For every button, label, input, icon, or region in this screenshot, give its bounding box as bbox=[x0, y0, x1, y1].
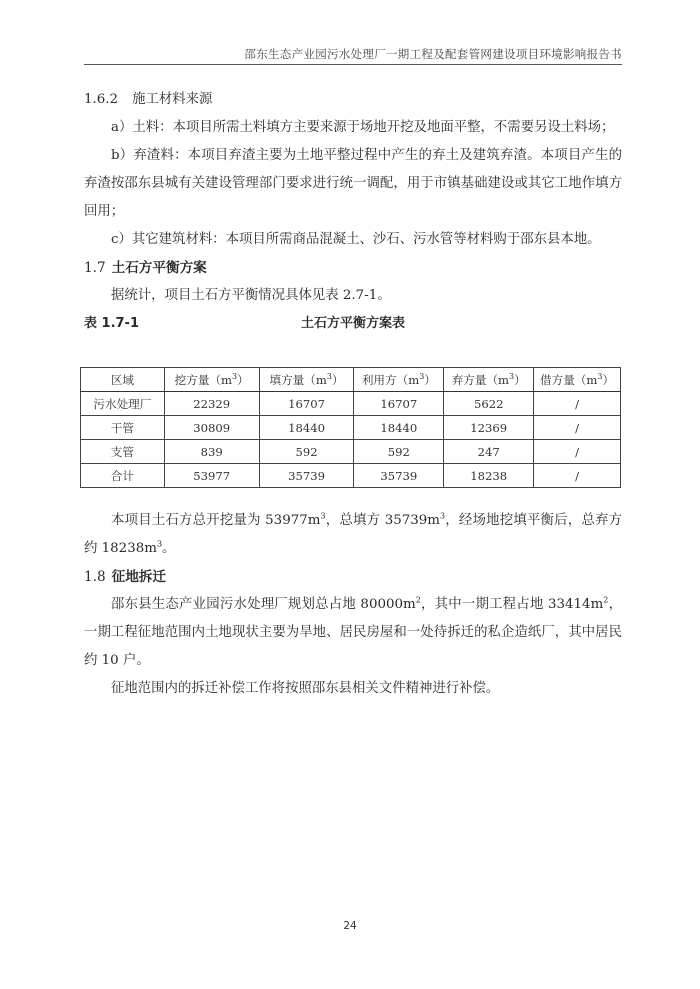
paragraph-compensation: 征地范围内的拆迁补偿工作将按照邵东县相关文件精神进行补偿。 bbox=[84, 675, 622, 703]
table-cell: 污水处理厂 bbox=[81, 392, 165, 416]
table-row: 支管 839 592 592 247 / bbox=[81, 440, 621, 464]
table-cell: 16707 bbox=[354, 392, 444, 416]
section-number: 1.6.2 bbox=[84, 92, 118, 107]
table-title: 土石方平衡方案表 bbox=[84, 310, 622, 338]
land-text: 邵东县生态产业园污水处理厂规划总占地 80000m bbox=[111, 597, 416, 612]
column-header: 利用方（m3） bbox=[354, 368, 444, 392]
paragraph-other-materials: c）其它建筑材料：本项目所需商品混凝土、沙石、污水管等材料购于邵东县本地。 bbox=[84, 226, 622, 254]
table-cell: 16707 bbox=[259, 392, 354, 416]
lower-content: 本项目土石方总开挖量为 53977m3，总填方 35739m3，经场地挖填平衡后… bbox=[84, 507, 622, 703]
column-header: 弃方量（m3） bbox=[444, 368, 534, 392]
paragraph-waste-material: b）弃渣料：本项目弃渣主要为土地平整过程中产生的弃土及建筑弃渣。本项目产生的弃渣… bbox=[84, 142, 622, 226]
summary-text: ，总填方 35739m bbox=[326, 513, 440, 528]
paragraph-earthwork-summary: 本项目土石方总开挖量为 53977m3，总填方 35739m3，经场地挖填平衡后… bbox=[84, 507, 622, 563]
table-cell: 支管 bbox=[81, 440, 165, 464]
table-cell: / bbox=[534, 416, 621, 440]
section-heading-1-6-2: 1.6.2施工材料来源 bbox=[84, 86, 622, 114]
running-header-title: 邵东生态产业园污水处理厂一期工程及配套管网建设项目环境影响报告书 bbox=[244, 47, 622, 61]
table-cell: 18440 bbox=[354, 416, 444, 440]
table-cell: 592 bbox=[259, 440, 354, 464]
section-heading-1-8: 1.8征地拆迁 bbox=[84, 563, 622, 591]
table-cell: 592 bbox=[354, 440, 444, 464]
paragraph-land-acquisition: 邵东县生态产业园污水处理厂规划总占地 80000m2，其中一期工程占地 3341… bbox=[84, 591, 622, 675]
table-cell: 18238 bbox=[444, 464, 534, 488]
table-cell: / bbox=[534, 464, 621, 488]
column-header: 挖方量（m3） bbox=[164, 368, 259, 392]
column-header: 区域 bbox=[81, 368, 165, 392]
upper-content: 1.6.2施工材料来源 a）土料：本项目所需土料填方主要来源于场地开挖及地面平整… bbox=[84, 86, 622, 338]
table-cell: 5622 bbox=[444, 392, 534, 416]
table-cell: 18440 bbox=[259, 416, 354, 440]
table-cell: 35739 bbox=[354, 464, 444, 488]
section-number: 1.8 bbox=[84, 569, 106, 585]
summary-text: 。 bbox=[162, 541, 175, 556]
column-header: 填方量（m3） bbox=[259, 368, 354, 392]
page-number: 24 bbox=[0, 920, 700, 932]
table-cell: 30809 bbox=[164, 416, 259, 440]
section-title: 土石方平衡方案 bbox=[112, 260, 207, 276]
table-cell: 合计 bbox=[81, 464, 165, 488]
table-row-total: 合计 53977 35739 35739 18238 / bbox=[81, 464, 621, 488]
table-cell: 53977 bbox=[164, 464, 259, 488]
table-cell: 35739 bbox=[259, 464, 354, 488]
land-text: ，其中一期工程占地 33414m bbox=[421, 597, 603, 612]
running-header: 邵东生态产业园污水处理厂一期工程及配套管网建设项目环境影响报告书 bbox=[84, 46, 622, 65]
column-header: 借方量（m3） bbox=[534, 368, 621, 392]
earthwork-balance-table: 区域 挖方量（m3） 填方量（m3） 利用方（m3） 弃方量（m3） 借方量（m… bbox=[80, 367, 621, 488]
section-title: 征地拆迁 bbox=[112, 569, 166, 585]
table-cell: / bbox=[534, 440, 621, 464]
section-title: 施工材料来源 bbox=[132, 92, 212, 107]
paragraph-table-intro: 据统计，项目土石方平衡情况具体见表 2.7-1。 bbox=[84, 282, 622, 310]
section-heading-1-7: 1.7土石方平衡方案 bbox=[84, 254, 622, 282]
table-cell: 247 bbox=[444, 440, 534, 464]
table-cell: / bbox=[534, 392, 621, 416]
paragraph-soil-material: a）土料：本项目所需土料填方主要来源于场地开挖及地面平整，不需要另设土料场； bbox=[84, 114, 622, 142]
summary-text: 本项目土石方总开挖量为 53977m bbox=[111, 513, 320, 528]
table-cell: 22329 bbox=[164, 392, 259, 416]
table-label: 表 1.7-1 bbox=[84, 310, 139, 338]
table-row: 污水处理厂 22329 16707 16707 5622 / bbox=[81, 392, 621, 416]
table-row: 干管 30809 18440 18440 12369 / bbox=[81, 416, 621, 440]
table-caption: 土石方平衡方案表 表 1.7-1 bbox=[84, 310, 622, 338]
table-cell: 干管 bbox=[81, 416, 165, 440]
table-cell: 839 bbox=[164, 440, 259, 464]
table-header-row: 区域 挖方量（m3） 填方量（m3） 利用方（m3） 弃方量（m3） 借方量（m… bbox=[81, 368, 621, 392]
section-number: 1.7 bbox=[84, 260, 106, 276]
table-cell: 12369 bbox=[444, 416, 534, 440]
